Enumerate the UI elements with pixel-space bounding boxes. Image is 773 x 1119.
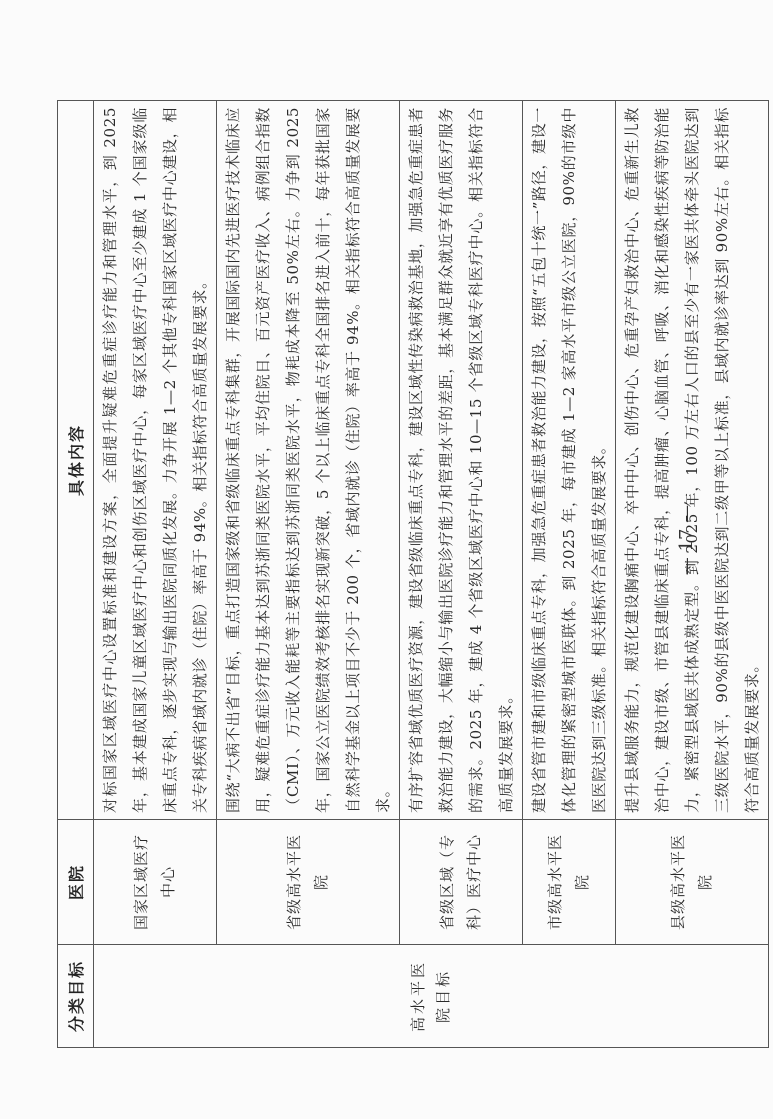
header-hospital: 医院 [58,820,94,945]
hospital-cell: 县级高水平医院 [616,820,769,945]
hospital-cell: 市级高水平医院 [523,820,616,945]
rotated-page: 分类目标 医院 具体内容 高水平医院目标 国家区域医疗中心 对标国家区域医疗中心… [57,101,644,1048]
content-cell: 有序扩容省域优质医疗资源，建设省级临床重点专科，建设区域性传染病救治基地，加强急… [400,101,523,820]
table-row: 高水平医院目标 国家区域医疗中心 对标国家区域医疗中心设置标准和建设方案，全面提… [94,101,217,1048]
hospital-cell: 省级区域（专科）医疗中心 [400,820,523,945]
header-category: 分类目标 [58,945,94,1048]
category-cell: 高水平医院目标 [94,945,769,1048]
goals-table: 分类目标 医院 具体内容 高水平医院目标 国家区域医疗中心 对标国家区域医疗中心… [57,100,769,1048]
hospital-cell: 国家区域医疗中心 [94,820,217,945]
hospital-cell: 省级高水平医院 [217,820,400,945]
table-row: 省级高水平医院 围绕“大病不出省”目标，重点打造国家级和省级临床重点专科集群，开… [217,101,400,1048]
content-cell: 对标国家区域医疗中心设置标准和建设方案，全面提升疑难危重症诊疗能力和管理水平，到… [94,101,217,820]
header-content: 具体内容 [58,101,94,820]
table-row: 省级区域（专科）医疗中心 有序扩容省域优质医疗资源，建设省级临床重点专科，建设区… [400,101,523,1048]
content-cell: 围绕“大病不出省”目标，重点打造国家级和省级临床重点专科集群，开展国际国内先进医… [217,101,400,820]
content-cell: 建设省管市建和市级临床重点专科，加强急危重症患者救治能力建设，按照“五包十统一”… [523,101,616,820]
content-cell: 提升县域服务能力，规范化建设胸痛中心、卒中中心、创伤中心、危重孕产妇救治中心、危… [616,101,769,820]
table-row: 市级高水平医院 建设省管市建和市级临床重点专科，加强急危重症患者救治能力建设，按… [523,101,616,1048]
table-header-row: 分类目标 医院 具体内容 [58,101,94,1048]
page-number: — 17 — [676,490,706,590]
